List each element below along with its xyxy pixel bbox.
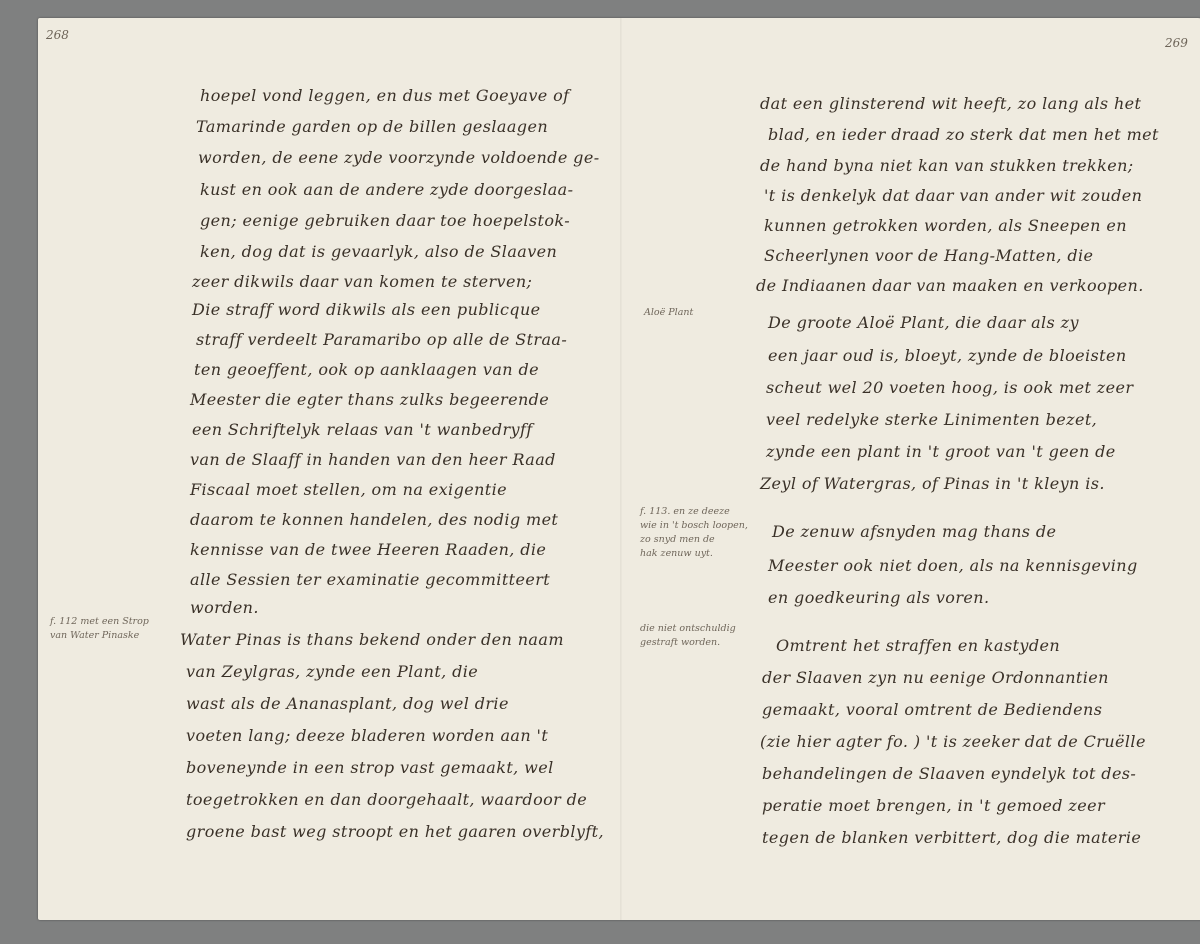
text-line: scheut wel 20 voeten hoog, is ook met ze…: [766, 378, 1133, 398]
text-line-paragraph-start: De zenuw afsnyden mag thans de: [772, 522, 1056, 542]
text-line: Scheerlynen voor de Hang-Matten, die: [764, 246, 1093, 266]
text-line: de hand byna niet kan van stukken trekke…: [760, 156, 1134, 176]
text-line: kust en ook aan de andere zyde doorgesla…: [200, 180, 573, 200]
text-line: kennisse van de twee Heeren Raaden, die: [190, 540, 546, 560]
text-line: van Zeylgras, zynde een Plant, die: [186, 662, 478, 682]
text-line: groene bast weg stroopt en het gaaren ov…: [186, 822, 604, 842]
text-line-paragraph-start: Water Pinas is thans bekend onder den na…: [180, 630, 564, 650]
text-line-paragraph-start: Omtrent het straffen en kastyden: [776, 636, 1060, 656]
text-line: een Schriftelyk relaas van 't wanbedryff: [192, 420, 533, 440]
text-line: Fiscaal moet stellen, om na exigentie: [190, 480, 507, 500]
page-number-right: 269: [1165, 36, 1188, 50]
text-line: worden.: [190, 598, 259, 618]
text-line: ken, dog dat is gevaarlyk, also de Slaav…: [200, 242, 557, 262]
text-line: peratie moet brengen, in 't gemoed zeer: [762, 796, 1105, 816]
text-line: de Indiaanen daar van maaken en verkoope…: [756, 276, 1144, 296]
text-line: zynde een plant in 't groot van 't geen …: [766, 442, 1116, 462]
margin-note-line: hak zenuw uyt.: [640, 547, 748, 561]
text-line: wast als de Ananasplant, dog wel drie: [186, 694, 509, 714]
text-line: boveneynde in een strop vast gemaakt, we…: [186, 758, 554, 778]
text-line: worden, de eene zyde voorzynde voldoende…: [198, 148, 600, 168]
margin-note: f. 112 met een Strop van Water Pinaske: [50, 615, 149, 643]
page-number-left: 268: [46, 28, 69, 42]
text-line: gen; eenige gebruiken daar toe hoepelsto…: [200, 211, 570, 231]
text-line: tegen de blanken verbittert, dog die mat…: [762, 828, 1141, 848]
text-line: Tamarinde garden op de billen geslaagen: [196, 117, 548, 137]
text-line: Meester die egter thans zulks begeerende: [190, 390, 549, 410]
text-line: (zie hier agter fo. ) 't is zeeker dat d…: [760, 732, 1146, 752]
margin-note-line: f. 113. en ze deeze: [640, 505, 748, 519]
text-line: behandelingen de Slaaven eyndelyk tot de…: [762, 764, 1136, 784]
text-line: Zeyl of Watergras, of Pinas in 't kleyn …: [760, 474, 1105, 494]
text-line: Die straff word dikwils als een publicqu…: [192, 300, 541, 320]
text-line: daarom te konnen handelen, des nodig met: [190, 510, 558, 530]
text-line: een jaar oud is, bloeyt, zynde de bloeis…: [768, 346, 1127, 366]
text-line: gemaakt, vooral omtrent de Bediendens: [762, 700, 1102, 720]
text-line: 't is denkelyk dat daar van ander wit zo…: [764, 186, 1142, 206]
text-line: blad, en ieder draad zo sterk dat men he…: [768, 125, 1159, 145]
margin-note: die niet ontschuldig gestraft worden.: [640, 622, 736, 650]
text-line: kunnen getrokken worden, als Sneepen en: [764, 216, 1127, 236]
margin-note: f. 113. en ze deeze wie in 't bosch loop…: [640, 505, 748, 561]
text-line: en goedkeuring als voren.: [768, 588, 989, 608]
text-line: der Slaaven zyn nu eenige Ordonnantien: [762, 668, 1109, 688]
margin-note-line: van Water Pinaske: [50, 629, 149, 643]
text-line: alle Sessien ter examinatie gecommitteer…: [190, 570, 550, 590]
margin-note: Aloë Plant: [644, 306, 693, 320]
text-line: voeten lang; deeze bladeren worden aan '…: [186, 726, 548, 746]
margin-note-line: Aloë Plant: [644, 306, 693, 320]
text-line: Meester ook niet doen, als na kennisgevi…: [768, 556, 1138, 576]
text-line: straff verdeelt Paramaribo op alle de St…: [196, 330, 567, 350]
margin-note-line: zo snyd men de: [640, 533, 748, 547]
text-line-paragraph-start: De groote Aloë Plant, die daar als zy: [768, 313, 1079, 333]
left-page: 268 hoepel vond leggen, en dus met Goeya…: [0, 0, 620, 944]
right-page: 269 dat een glinsterend wit heeft, zo la…: [620, 0, 1200, 944]
text-line: zeer dikwils daar van komen te sterven;: [192, 272, 532, 292]
text-line: van de Slaaff in handen van den heer Raa…: [190, 450, 556, 470]
margin-note-line: gestraft worden.: [640, 636, 736, 650]
text-line: dat een glinsterend wit heeft, zo lang a…: [760, 94, 1141, 114]
text-line: hoepel vond leggen, en dus met Goeyave o…: [200, 86, 570, 106]
text-line: toegetrokken en dan doorgehaalt, waardoo…: [186, 790, 587, 810]
text-line: ten geoeffent, ook op aanklaagen van de: [194, 360, 539, 380]
margin-note-line: wie in 't bosch loopen,: [640, 519, 748, 533]
margin-note-line: f. 112 met een Strop: [50, 615, 149, 629]
text-line: veel redelyke sterke Linimenten bezet,: [766, 410, 1097, 430]
margin-note-line: die niet ontschuldig: [640, 622, 736, 636]
